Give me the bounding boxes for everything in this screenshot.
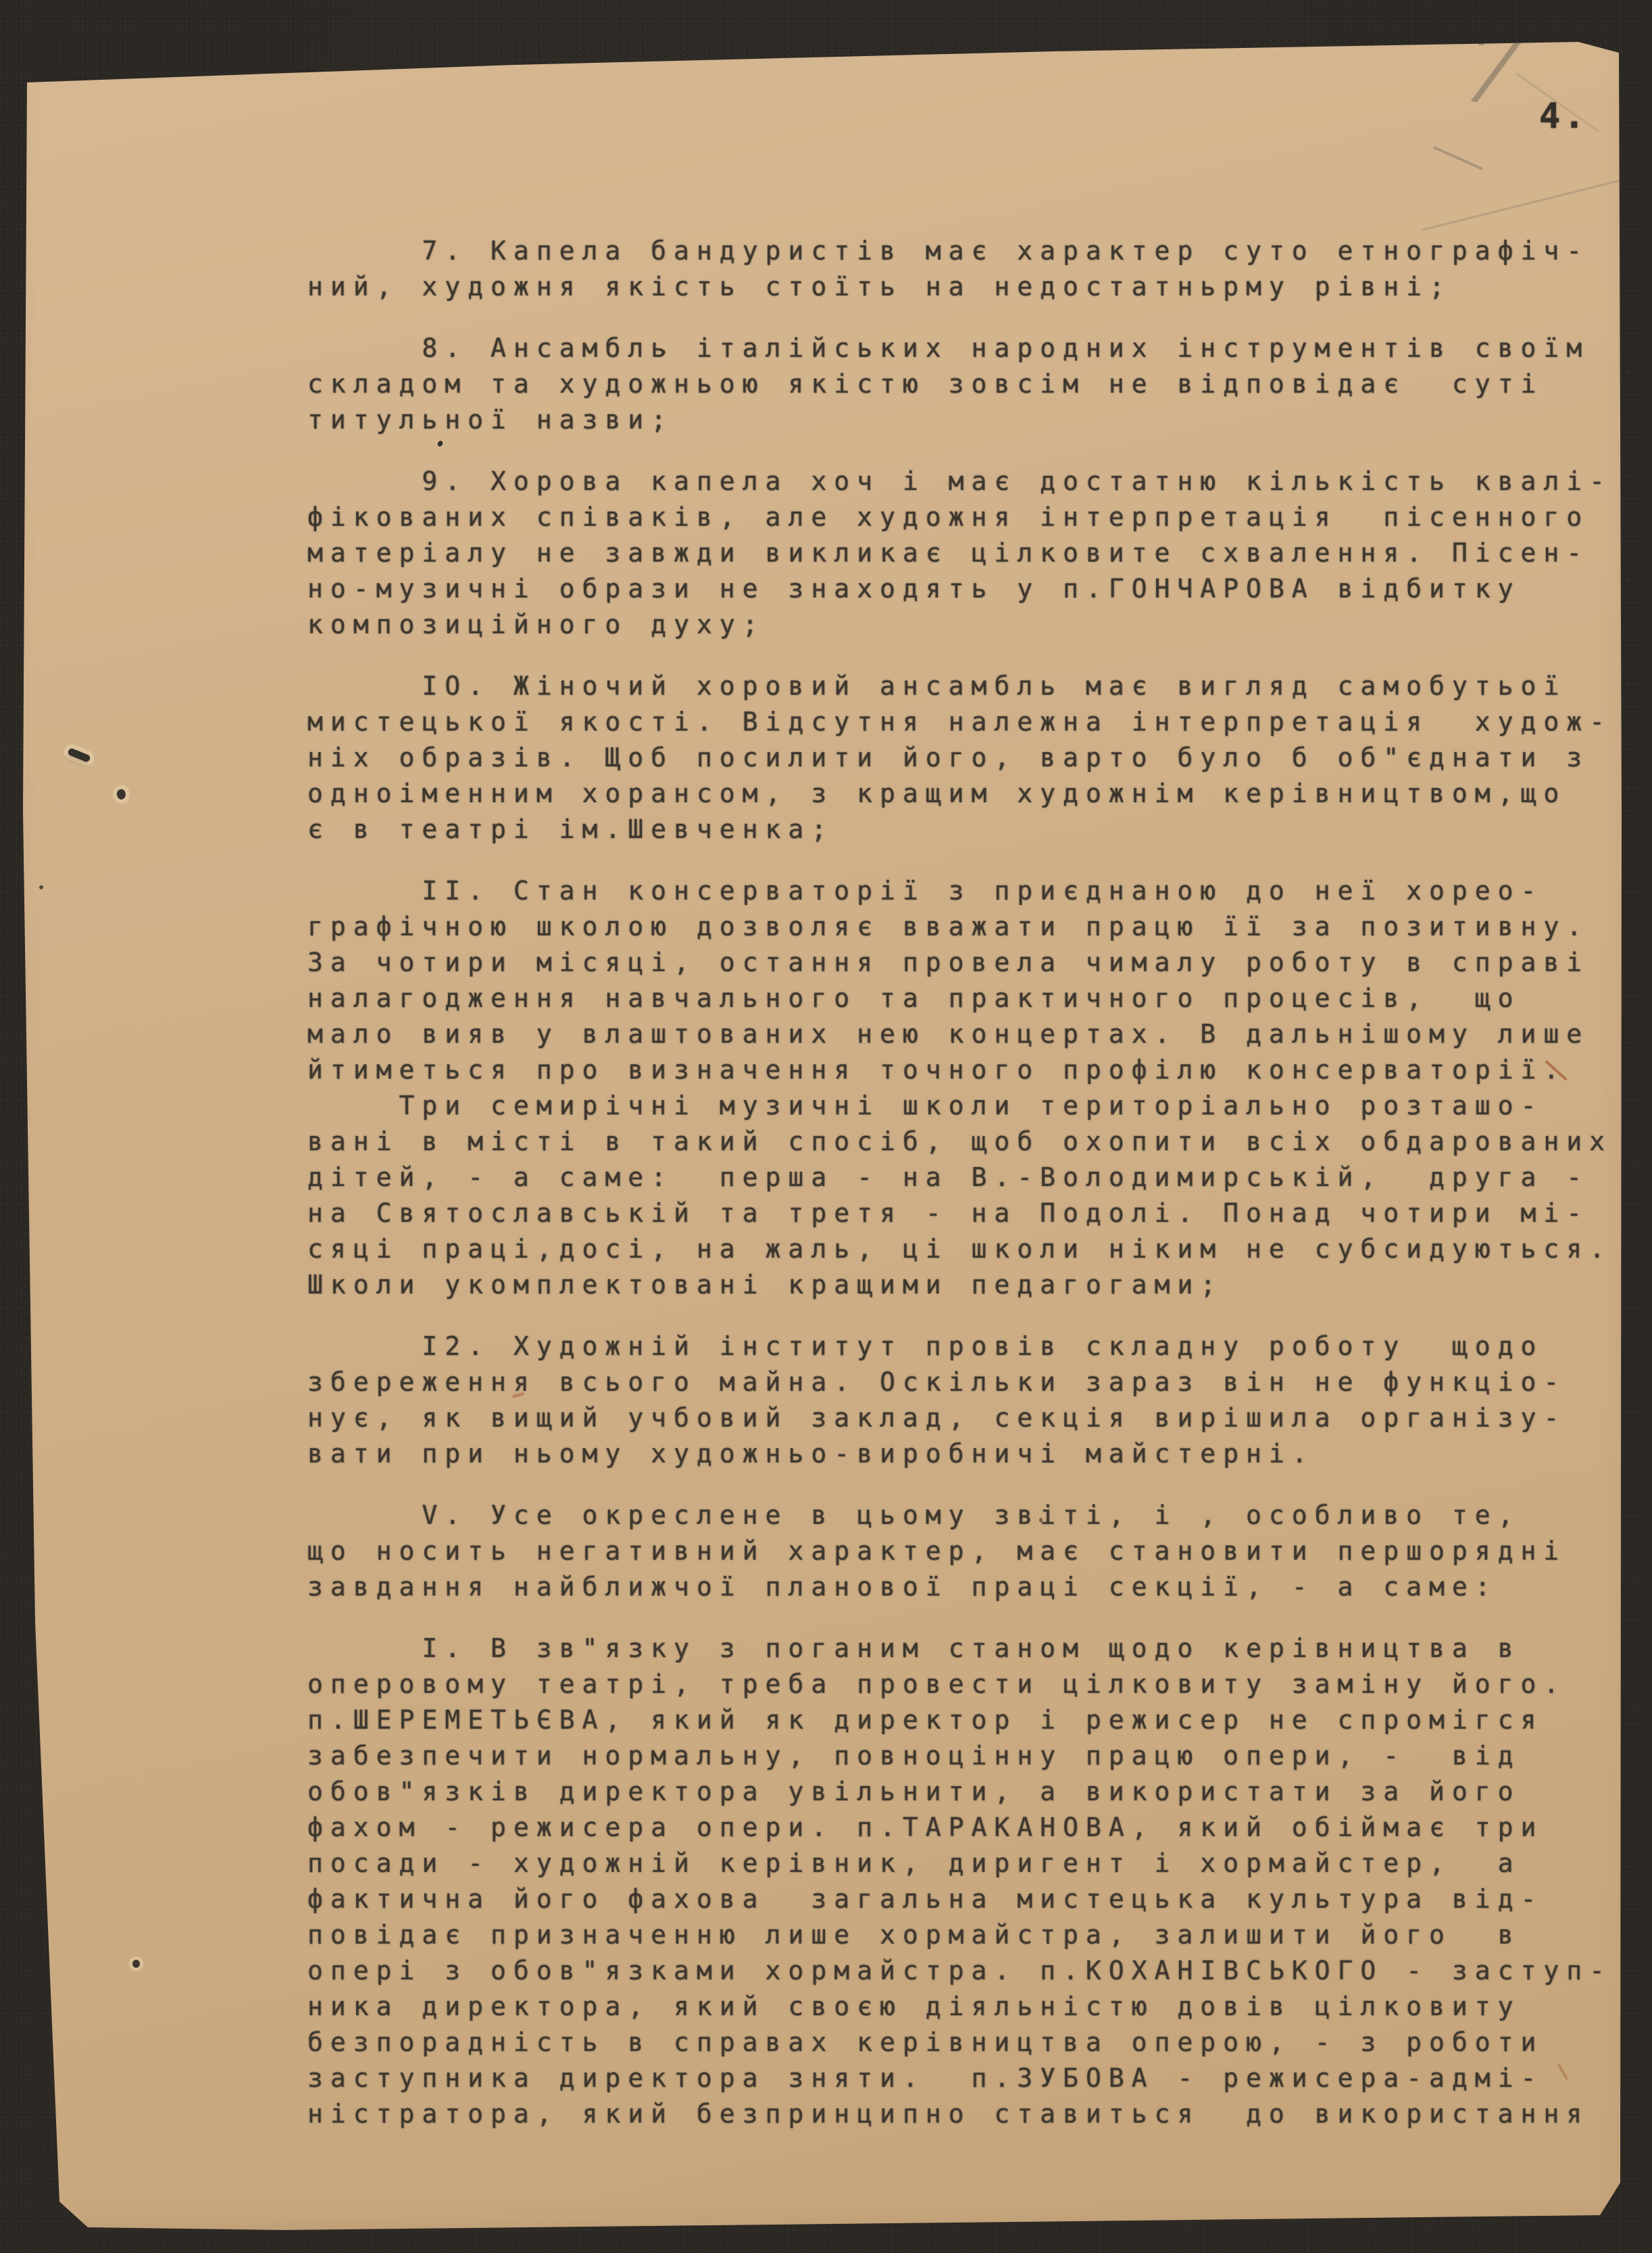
handwritten-page-number: 7 bbox=[1457, 16, 1527, 124]
ink-fleck bbox=[662, 350, 666, 354]
paper-damage-mark bbox=[67, 747, 91, 763]
paragraph-item-11: II. Стан консерваторії з приєднаною до н… bbox=[307, 873, 1632, 1303]
typed-page-number: 4. bbox=[1539, 96, 1588, 137]
paper-damage-mark bbox=[132, 1960, 140, 1968]
paragraph-item-12: І2. Художній інститут провів складну роб… bbox=[307, 1329, 1632, 1472]
paragraph-item-7: 7. Капела бандуристів має характер суто … bbox=[307, 233, 1632, 305]
scan-background: 7 4. 7. Капела бандуристів має характер … bbox=[0, 0, 1652, 2253]
ink-fleck bbox=[39, 885, 43, 889]
ink-fleck bbox=[1039, 1518, 1043, 1522]
document-text: 7. Капела бандуристів має характер суто … bbox=[307, 233, 1632, 2158]
paragraph-item-8: 8. Ансамбль італійських народних інструм… bbox=[307, 330, 1632, 438]
pencil-stroke bbox=[1422, 176, 1632, 230]
paragraph-item-9: 9. Хорова капела хоч і має достатню кіль… bbox=[307, 464, 1632, 643]
document-page: 7 4. 7. Капела бандуристів має характер … bbox=[0, 0, 1652, 2253]
paper-damage-mark bbox=[116, 788, 127, 801]
paragraph-item-10: ІО. Жіночий хоровий ансамбль має вигляд … bbox=[307, 668, 1632, 847]
paragraph-item-1: І. В зв"язку з поганим станом щодо керів… bbox=[307, 1631, 1632, 2132]
paragraph-section-v: V. Усе окреслене в цьому звіті, і , особ… bbox=[307, 1497, 1632, 1605]
pencil-stroke bbox=[1433, 146, 1484, 170]
